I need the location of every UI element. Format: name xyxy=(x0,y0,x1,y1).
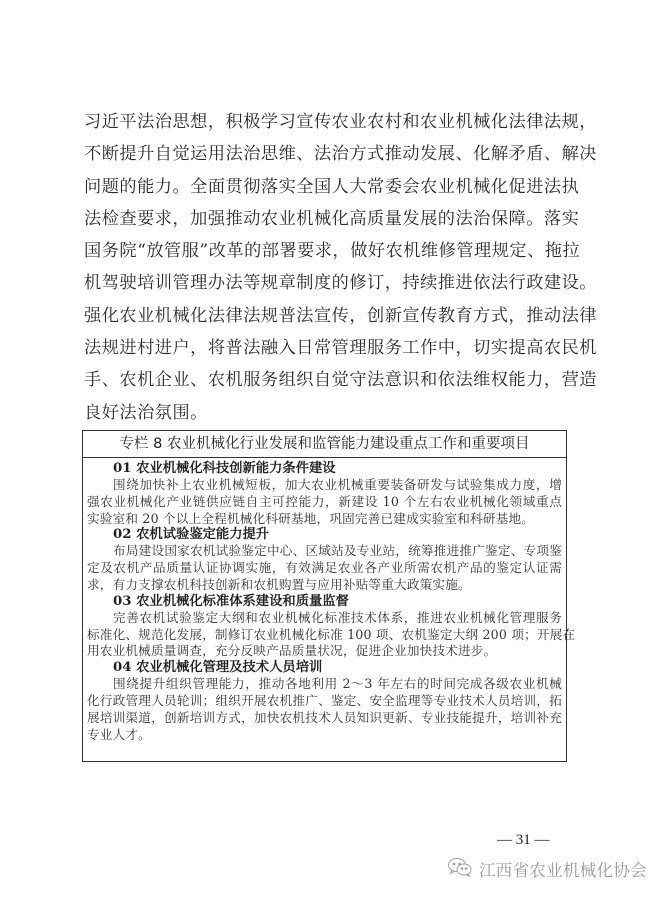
item-line: 定及农机产品质量认证协调实施，有效满足农业各产业所需农机产品的鉴定认证需 xyxy=(87,560,562,577)
brand-text: 江西省农业机械化协会 xyxy=(479,857,647,881)
item-line: 围绕提升组织管理能力，推动各地利用 2～3 年左右的时间完成各级农业机械 xyxy=(87,676,562,693)
body-line: 强化农业机械化法律法规普法宣传，创新宣传教育方式，推动法律 xyxy=(84,300,570,332)
item-line: 化行政管理人员轮训；组织开展农机推广、鉴定、安全监理等专业技术人员培训，拓 xyxy=(87,693,562,710)
body-line: 不断提升自觉运用法治思维、法治方式推动发展、化解矛盾、解决 xyxy=(84,138,570,170)
item-title: 04 农业机械化管理及技术人员培训 xyxy=(87,660,562,676)
item-line: 完善农机试验鉴定大纲和农业机械化标准技术体系，推进农业机械化管理服务 xyxy=(87,610,562,627)
item-title: 01 农业机械化科技创新能力条件建设 xyxy=(87,461,562,477)
box-body: 01 农业机械化科技创新能力条件建设 围绕加快补上农业机械短板，加大农业机械重要… xyxy=(83,458,566,743)
item-line: 展培训渠道，创新培训方式，加快农机技术人员知识更新、专业技能提升，培训补充 xyxy=(87,710,562,727)
body-line: 手、农机企业、农机服务组织自觉守法意识和依法维权能力，营造 xyxy=(84,364,570,396)
box-item: 04 农业机械化管理及技术人员培训 围绕提升组织管理能力，推动各地利用 2～3 … xyxy=(87,660,562,743)
page-number: — 31 — xyxy=(497,832,550,849)
item-line: 标准化、规范化发展，制修订农业机械化标准 100 项、农机鉴定大纲 200 项；… xyxy=(87,627,562,644)
item-line: 专业人才。 xyxy=(87,727,562,744)
body-line: 机驾驶培训管理办法等规章制度的修订，持续推进依法行政建设。 xyxy=(84,267,570,299)
item-title: 03 农业机械化标准体系建设和质量监督 xyxy=(87,594,562,610)
footer-brand: 江西省农业机械化协会 xyxy=(447,857,647,881)
body-line: 习近平法治思想，积极学习宣传农业农村和农业机械化法律法规， xyxy=(84,106,570,138)
item-line: 用农业机械质量调查，充分反映产品质量状况，促进企业加快技术进步。 xyxy=(87,643,562,660)
body-paragraph: 习近平法治思想，积极学习宣传农业农村和农业机械化法律法规， 不断提升自觉运用法治… xyxy=(84,106,570,429)
item-line: 求，有力支撑农机科技创新和农机购置与应用补贴等重大政策实施。 xyxy=(87,577,562,594)
body-line: 问题的能力。全面贯彻落实全国人大常委会农业机械化促进法执 xyxy=(84,171,570,203)
item-line: 布局建设国家农机试验鉴定中心、区域站及专业站，统筹推进推广鉴定、专项鉴 xyxy=(87,543,562,560)
box-item: 01 农业机械化科技创新能力条件建设 围绕加快补上农业机械短板，加大农业机械重要… xyxy=(87,461,562,527)
body-line: 良好法治氛围。 xyxy=(84,397,570,429)
wechat-icon xyxy=(447,857,479,881)
item-line: 围绕加快补上农业机械短板，加大农业机械重要装备研发与试验集成力度，增 xyxy=(87,477,562,494)
item-line: 强农业机械化产业链供应链自主可控能力，新建设 10 个左右农业机械化领域重点 xyxy=(87,494,562,511)
box-title: 专栏 8 农业机械化行业发展和监管能力建设重点工作和重要项目 xyxy=(83,431,566,458)
column-box: 专栏 8 农业机械化行业发展和监管能力建设重点工作和重要项目 01 农业机械化科… xyxy=(82,430,567,762)
box-item: 03 农业机械化标准体系建设和质量监督 完善农机试验鉴定大纲和农业机械化标准技术… xyxy=(87,594,562,660)
body-line: 法规进村进户，将普法融入日常管理服务工作中，切实提高农民机 xyxy=(84,332,570,364)
item-title: 02 农机试验鉴定能力提升 xyxy=(87,527,562,543)
item-line: 实验室和 20 个以上全程机械化科研基地，巩固完善已建成实验室和科研基地。 xyxy=(87,511,562,528)
box-item: 02 农机试验鉴定能力提升 布局建设国家农机试验鉴定中心、区域站及专业站，统筹推… xyxy=(87,527,562,593)
body-line: 国务院“放管服”改革的部署要求，做好农机维修管理规定、拖拉 xyxy=(84,235,570,267)
body-line: 法检查要求，加强推动农业机械化高质量发展的法治保障。落实 xyxy=(84,203,570,235)
